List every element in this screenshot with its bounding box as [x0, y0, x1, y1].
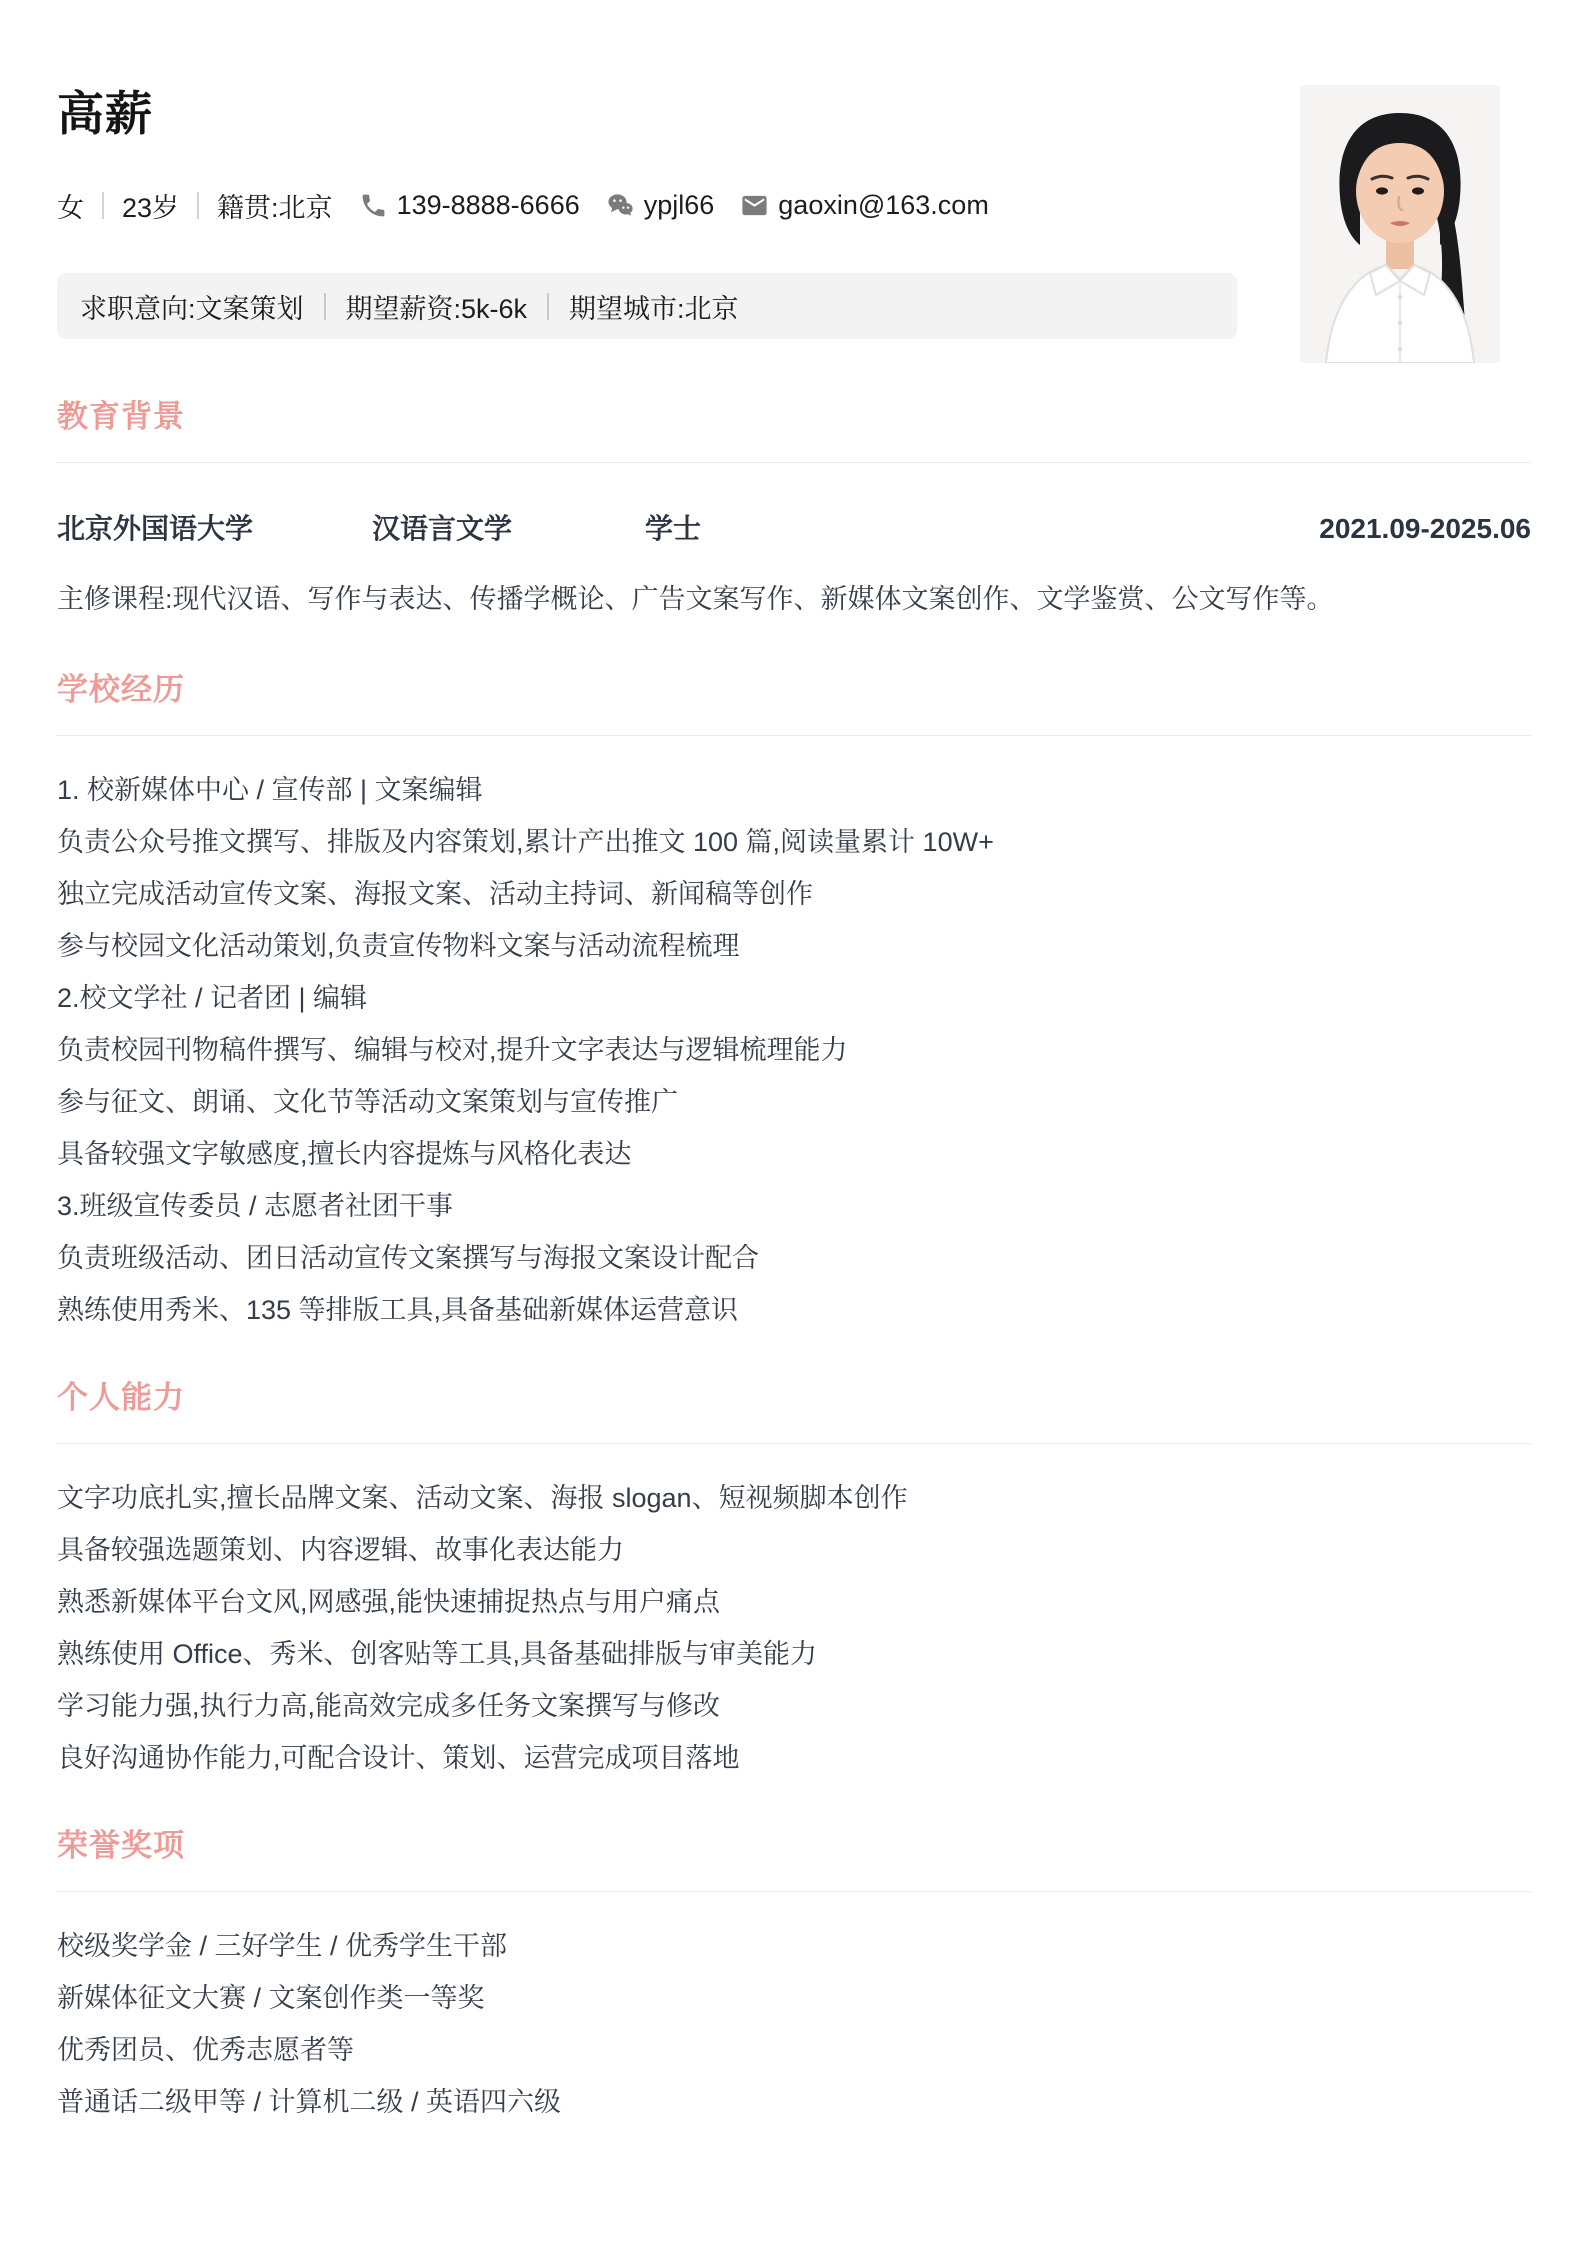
origin-label: 籍贯:北京	[217, 186, 333, 225]
list-item: 良好沟通协作能力,可配合设计、策划、运营完成项目落地	[57, 1744, 1531, 1772]
section-title-abilities: 个人能力	[57, 1380, 1531, 1416]
job-intent-bar: 求职意向:文案策划 期望薪资:5k-6k 期望城市:北京	[57, 273, 1237, 339]
education-period: 2021.09-2025.06	[1319, 513, 1531, 545]
section-divider	[57, 1443, 1531, 1444]
resume-page: 高薪 女 23岁 籍贯:北京 139-8888-6666	[0, 0, 1588, 2246]
list-item: 校级奖学金 / 三好学生 / 优秀学生干部	[57, 1932, 1531, 1960]
phone-number: 139-8888-6666	[397, 190, 580, 221]
list-item: 参与校园文化活动策划,负责宣传物料文案与活动流程梳理	[57, 932, 1531, 960]
education-row: 北京外国语大学 汉语言文学 学士 2021.09-2025.06	[57, 507, 1531, 547]
email-address: gaoxin@163.com	[778, 190, 989, 221]
list-item: 具备较强选题策划、内容逻辑、故事化表达能力	[57, 1536, 1531, 1564]
list-item: 熟悉新媒体平台文风,网感强,能快速捕捉热点与用户痛点	[57, 1588, 1531, 1616]
separator	[547, 293, 549, 320]
list-item: 2.校文学社 / 记者团 | 编辑	[57, 984, 1531, 1012]
list-item: 优秀团员、优秀志愿者等	[57, 2036, 1531, 2064]
education-degree: 学士	[645, 507, 1319, 547]
section-divider	[57, 462, 1531, 463]
separator	[102, 192, 104, 219]
list-item: 文字功底扎实,擅长品牌文案、活动文案、海报 slogan、短视频脚本创作	[57, 1484, 1531, 1512]
list-item: 负责班级活动、团日活动宣传文案撰写与海报文案设计配合	[57, 1244, 1531, 1272]
phone-icon	[359, 191, 388, 220]
wechat-icon	[606, 191, 635, 220]
intent-job: 求职意向:文案策划	[80, 287, 304, 326]
abilities-list: 文字功底扎实,擅长品牌文案、活动文案、海报 slogan、短视频脚本创作 具备较…	[57, 1484, 1531, 1772]
section-title-school-experience: 学校经历	[57, 672, 1531, 708]
section-divider	[57, 1891, 1531, 1892]
phone-item: 139-8888-6666	[333, 190, 580, 221]
wechat-id: ypjl66	[644, 190, 715, 221]
profile-photo	[1300, 85, 1500, 363]
list-item: 熟练使用秀米、135 等排版工具,具备基础新媒体运营意识	[57, 1296, 1531, 1324]
section-divider	[57, 735, 1531, 736]
list-item: 1. 校新媒体中心 / 宣传部 | 文案编辑	[57, 776, 1531, 804]
intent-city: 期望城市:北京	[569, 287, 739, 326]
list-item: 具备较强文字敏感度,擅长内容提炼与风格化表达	[57, 1140, 1531, 1168]
list-item: 熟练使用 Office、秀米、创客贴等工具,具备基础排版与审美能力	[57, 1640, 1531, 1668]
list-item: 普通话二级甲等 / 计算机二级 / 英语四六级	[57, 2088, 1531, 2116]
list-item: 负责校园刊物稿件撰写、编辑与校对,提升文字表达与逻辑梳理能力	[57, 1036, 1531, 1064]
honors-list: 校级奖学金 / 三好学生 / 优秀学生干部 新媒体征文大赛 / 文案创作类一等奖…	[57, 1932, 1531, 2116]
school-experience-list: 1. 校新媒体中心 / 宣传部 | 文案编辑 负责公众号推文撰写、排版及内容策划…	[57, 776, 1531, 1324]
wechat-item: ypjl66	[580, 190, 715, 221]
section-title-honors: 荣誉奖项	[57, 1828, 1531, 1864]
separator	[324, 293, 326, 320]
gender-label: 女	[57, 186, 84, 225]
list-item: 3.班级宣传委员 / 志愿者社团干事	[57, 1192, 1531, 1220]
section-title-education: 教育背景	[57, 399, 1531, 435]
email-item: gaoxin@163.com	[714, 190, 989, 221]
mail-icon	[740, 191, 769, 220]
intent-salary: 期望薪资:5k-6k	[346, 287, 528, 326]
profile-photo-illustration	[1300, 85, 1500, 363]
education-school: 北京外国语大学	[57, 507, 372, 547]
list-item: 学习能力强,执行力高,能高效完成多任务文案撰写与修改	[57, 1692, 1531, 1720]
separator	[197, 192, 199, 219]
education-courses: 主修课程:现代汉语、写作与表达、传播学概论、广告文案写作、新媒体文案创作、文学鉴…	[57, 577, 1531, 616]
list-item: 独立完成活动宣传文案、海报文案、活动主持词、新闻稿等创作	[57, 880, 1531, 908]
list-item: 负责公众号推文撰写、排版及内容策划,累计产出推文 100 篇,阅读量累计 10W…	[57, 828, 1531, 856]
education-major: 汉语言文学	[372, 507, 645, 547]
list-item: 参与征文、朗诵、文化节等活动文案策划与宣传推广	[57, 1088, 1531, 1116]
age-label: 23岁	[122, 186, 179, 225]
list-item: 新媒体征文大赛 / 文案创作类一等奖	[57, 1984, 1531, 2012]
